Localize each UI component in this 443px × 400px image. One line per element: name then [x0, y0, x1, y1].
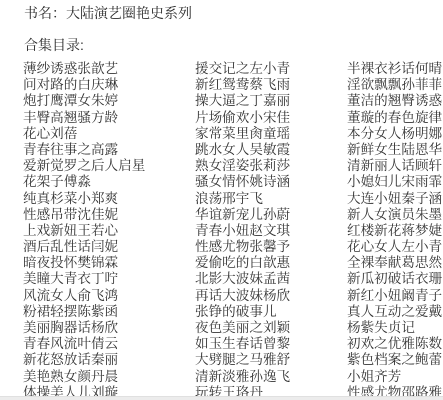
list-item: 小媳妇儿宋雨霏: [347, 174, 442, 190]
list-item: 清新淡雅孙逸飞: [195, 369, 290, 385]
list-item: 本分女人杨明娜: [347, 126, 442, 142]
list-item: 华谊新宠儿孙蔚: [195, 207, 290, 223]
list-item: 暗夜投怀樊锦霖: [23, 255, 145, 271]
list-item: 新人女演员朱墨: [347, 207, 442, 223]
list-item: 青春小妞赵文琪: [195, 223, 290, 239]
list-item: 美艳熟女颜丹晨: [23, 369, 145, 385]
list-item: 性感吊带沈佳妮: [23, 207, 145, 223]
list-item: 小姐齐芳: [347, 369, 442, 385]
list-item: 援交记之左小青: [195, 61, 290, 77]
list-item: 新红小妞阚青子: [347, 288, 442, 304]
list-item: 真人互动之爱戴: [347, 304, 442, 320]
list-item: 片场偷欢小宋佳: [195, 110, 290, 126]
list-item: 粉裙轻摆陈紫函: [23, 304, 145, 320]
list-item: 美瞳大青衣丁咛: [23, 271, 145, 287]
list-item: 新红鸳鸯蔡飞雨: [195, 77, 290, 93]
list-item: 清新丽人话顾轩: [347, 158, 442, 174]
list-item: 青春风流叶倩云: [23, 336, 145, 352]
list-item: 北影大波妹孟茜: [195, 271, 290, 287]
catalog-heading: 合集目录:: [24, 37, 84, 54]
list-item: 炮打鹰潭女朱婷: [23, 93, 145, 109]
list-item: 性感尤物张馨予: [195, 239, 290, 255]
list-item: 董洁的翘臀诱惑: [347, 93, 442, 109]
list-item: 花心刘蓓: [23, 126, 145, 142]
list-item: 家常菜里肏童瑶: [195, 126, 290, 142]
list-item: 花心女人左小青: [347, 239, 442, 255]
list-item: 新瓜初破话衣珊: [347, 271, 442, 287]
list-item: 问对路的白庆琳: [23, 77, 145, 93]
list-item: 新鲜女生陆恩华: [347, 142, 442, 158]
list-item: 青春往事之高露: [23, 142, 145, 158]
list-item: 淫欲飘飘孙菲菲: [347, 77, 442, 93]
list-item: 丰臀高翘骚方龄: [23, 110, 145, 126]
list-item: 夜色美丽之刘颖: [195, 320, 290, 336]
list-item: 风流女人俞飞鸿: [23, 288, 145, 304]
list-item: 爱新觉罗之后人启星: [23, 158, 145, 174]
list-item: 爱偷吃的白歆惠: [195, 255, 290, 271]
list-item: 如玉生春话曾黎: [195, 336, 290, 352]
list-item: 半裸衣衫话何晴: [347, 61, 442, 77]
list-item: 紫色档案之鲍蕾: [347, 352, 442, 368]
catalog-column-2: 援交记之左小青新红鸳鸯蔡飞雨操大逼之丁嘉丽片场偷欢小宋佳家常菜里肏童瑶跳水女人吴…: [195, 61, 290, 400]
list-item: 花架子傅淼: [23, 174, 145, 190]
window-bottom-edge: [0, 396, 443, 400]
list-item: 大连小妞秦子涵: [347, 191, 442, 207]
list-item: 上戏新妞王若心: [23, 223, 145, 239]
list-item: 纯真杉菜小郑爽: [23, 191, 145, 207]
catalog-column-3: 半裸衣衫话何晴淫欲飘飘孙菲菲董洁的翘臀诱惑董璇的春色旋律本分女人杨明娜新鲜女生陆…: [347, 61, 442, 400]
list-item: 美丽胸器话杨欣: [23, 320, 145, 336]
list-item: 薄纱诱惑张歆艺: [23, 61, 145, 77]
list-item: 酒后乱性话闫妮: [23, 239, 145, 255]
catalog-column-1: 薄纱诱惑张歆艺问对路的白庆琳炮打鹰潭女朱婷丰臀高翘骚方龄花心刘蓓青春往事之高露爱…: [23, 61, 145, 400]
list-item: 初欢之优雅陈数: [347, 336, 442, 352]
list-item: 红楼新花蒋梦婕: [347, 223, 442, 239]
list-item: 杨紫失贞记: [347, 320, 442, 336]
list-item: 全裸奉献葛思然: [347, 255, 442, 271]
list-item: 再话大波妹杨欣: [195, 288, 290, 304]
list-item: 浪荡邢宇飞: [195, 191, 290, 207]
list-item: 骚女情怀姚诗涵: [195, 174, 290, 190]
document-page: 书名：大陆演艺圈艳史系列 合集目录: 薄纱诱惑张歆艺问对路的白庆琳炮打鹰潭女朱婷…: [0, 0, 443, 400]
list-item: 大劈腿之马雅舒: [195, 352, 290, 368]
list-item: 董璇的春色旋律: [347, 110, 442, 126]
list-item: 操大逼之丁嘉丽: [195, 93, 290, 109]
list-item: 跳水女人吴敏霞: [195, 142, 290, 158]
list-item: 熟女淫姿张莉莎: [195, 158, 290, 174]
list-item: 新花怒放话秦丽: [23, 352, 145, 368]
book-title: 书名：大陆演艺圈艳史系列: [24, 5, 192, 22]
list-item: 张铮的破事儿: [195, 304, 290, 320]
